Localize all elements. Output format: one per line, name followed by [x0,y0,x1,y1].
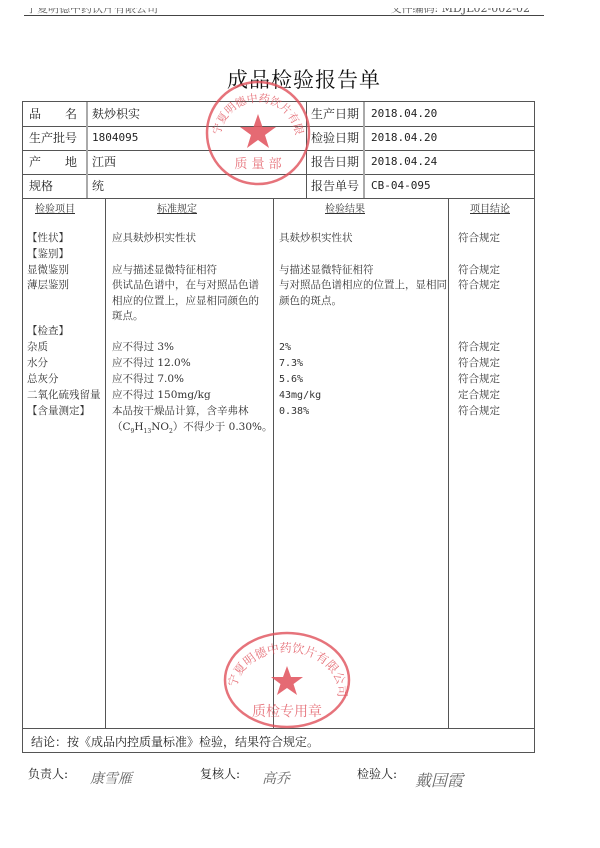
responsible-signature: 康雪雁 [90,768,132,788]
header-doc-code: 文件编码: MDJL02-002-02 [391,8,530,15]
header-rule [24,15,544,16]
standard-cell: 本品按干燥品计算，含辛弗林 [112,404,249,420]
spec-label: 规格 [23,174,88,198]
result-cell: 与对照品色谱相应的位置上，显相同颜色的斑点。 [279,278,449,309]
conclusion-cell: 符合规定 [458,372,500,388]
result-cell: 与描述显微特征相符 [279,263,374,279]
item-cell: 薄层鉴别 [27,278,69,294]
standard-cell: 应不得过 150mg/kg [112,388,211,404]
col-divider [105,198,106,728]
item-cell: 二氧化硫残留量 [27,388,101,404]
inspection-date-value: 2018.04.20 [365,126,534,150]
result-cell: 5.6% [279,372,303,388]
report-table: 品 名 麸炒枳实 生产日期 2018.04.20 生产批号 1804095 检验… [22,101,535,753]
standard-cell: 应不得过 12.0% [112,356,191,372]
col-header-standard: 标准规定 [157,200,197,215]
result-cell: 0.38% [279,404,309,420]
origin-label: 产 地 [23,150,88,174]
assay-formula: （C9H13NO2）不得少于 0.30%。 [112,420,273,440]
result-cell: 具麸炒枳实性状 [279,231,353,247]
conclusion-cell: 符合规定 [458,356,500,372]
item-cell: 杂质 [27,340,48,356]
reviewer-signature: 高乔 [262,768,290,788]
standard-cell: 应与描述显微特征相符 [112,263,217,279]
item-cell: 【含量测定】 [27,404,90,420]
col-header-conclusion: 项目结论 [470,200,510,215]
result-cell: 7.3% [279,356,303,372]
origin-value: 江西 [88,150,307,174]
batch-value: 1804095 [88,126,307,150]
conclusion-cell: 符合规定 [458,340,500,356]
info-row-spec: 规格 统 报告单号 CB-04-095 [23,174,534,199]
report-no-value: CB-04-095 [365,174,534,198]
standard-cell: 应具麸炒枳实性状 [112,231,196,247]
inspector-signature: 戴国霞 [415,768,463,791]
item-cell: 总灰分 [27,372,59,388]
report-date-value: 2018.04.24 [365,150,534,174]
production-date-label: 生产日期 [307,102,365,126]
info-row-batch: 生产批号 1804095 检验日期 2018.04.20 [23,126,534,151]
standard-cell: 供试品色谱中，在与对照品色谱相应的位置上，应显相同颜色的斑点。 [112,278,262,325]
item-cell: 【性状】 [27,231,69,247]
conclusion-cell: 符合规定 [458,404,500,420]
conclusion-divider [23,728,534,729]
conclusion-cell: 符合规定 [458,263,500,279]
col-header-result: 检验结果 [325,200,365,215]
item-cell: 水分 [27,356,48,372]
header-company: 宁夏明德中药饮片有限公司 [26,8,158,15]
item-cell: 【检查】 [27,324,69,340]
result-cell: 2% [279,340,291,356]
inspection-date-label: 检验日期 [307,126,365,150]
conclusion-cell: 符合规定 [458,231,500,247]
report-date-label: 报告日期 [307,150,365,174]
col-divider [273,198,274,728]
report-no-label: 报告单号 [307,174,365,198]
responsible-label: 负责人: [28,765,68,782]
col-header-item: 检验项目 [35,200,75,215]
product-name-label: 品 名 [23,102,88,126]
info-row-name: 品 名 麸炒枳实 生产日期 2018.04.20 [23,102,534,127]
page-title: 成品检验报告单 [0,64,600,94]
standard-cell: 应不得过 3% [112,340,174,356]
info-row-origin: 产 地 江西 报告日期 2018.04.24 [23,150,534,175]
conclusion-cell: 定合规定 [458,388,500,404]
batch-label: 生产批号 [23,126,88,150]
result-cell: 43mg/kg [279,388,321,404]
product-name-value: 麸炒枳实 [88,102,307,126]
item-cell: 显微鉴别 [27,263,69,279]
conclusion-cell: 符合规定 [458,278,500,294]
item-cell: 【鉴别】 [27,247,69,263]
standard-cell: 应不得过 7.0% [112,372,184,388]
reviewer-label: 复核人: [200,765,240,782]
spec-value: 统 [88,174,307,198]
production-date-value: 2018.04.20 [365,102,534,126]
conclusion-text: 结论：按《成品内控质量标准》检验，结果符合规定。 [31,733,319,750]
inspector-label: 检验人: [357,765,397,782]
